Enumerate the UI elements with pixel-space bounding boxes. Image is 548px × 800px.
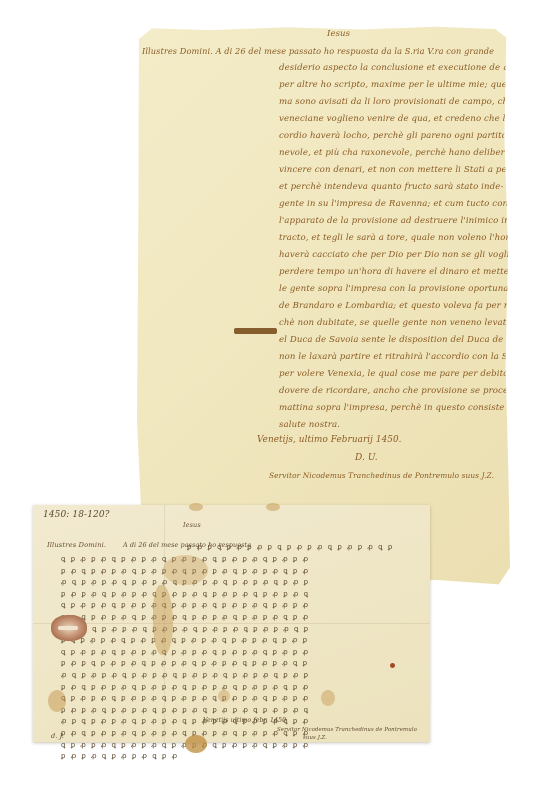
- upper-line: Illustres Domini. A di 26 del mese passa…: [142, 43, 494, 60]
- upper-line: gente in su l'impresa de Ravenna; et cum…: [279, 196, 508, 213]
- upper-line: cordio haverà locho, perchè gli pareno o…: [279, 128, 536, 145]
- upper-line: dovere de ricordare, ancho che provision…: [279, 383, 533, 400]
- cipher-line: ꝑ ꝓ ꝑ ꝗ ꝑ ꝓ ꝑ ꝓ ꝗ ꝑ ꝓ ꝑ ꝓ ꝗ ꝑ ꝓ ꝑ ꝓ ꝗ ꝑ …: [61, 657, 308, 669]
- cipher-line: ꝑ ꝓ ꝑ ꝗ ꝑ ꝓ ꝑ ꝓ ꝑ ꝗ ꝑ ꝓ ꝑ ꝓ ꝗ ꝑ ꝓ ꝑ ꝓ ꝗ …: [187, 541, 393, 553]
- lower-letter-sheet: 1450: 18-120? Iesus Illustres Domini. A …: [33, 505, 430, 742]
- upper-line: chè non dubitate, se quelle gente non ve…: [279, 315, 526, 332]
- stain-spot: [48, 690, 66, 712]
- upper-line: desiderio aspecto la conclusione et exec…: [279, 60, 546, 77]
- cipher-line: ꝓ ꝗ ꝑ ꝓ ꝑ ꝓ ꝗ ꝑ ꝓ ꝑ ꝓ ꝗ ꝑ ꝓ ꝑ ꝓ ꝗ ꝑ ꝓ ꝑ …: [61, 669, 309, 681]
- lower-signature-line1: Servitor Nicodemus Tranchedinus de Pontr…: [277, 727, 417, 733]
- lower-bottom-left-note: d. J.: [51, 732, 64, 740]
- cipher-line: ꝑ ꝓ ꝑ ꝓ ꝗ ꝑ ꝓ ꝑ ꝓ ꝗ ꝑ ꝓ: [61, 750, 178, 762]
- lower-date-line: Venetijs ultimo febr. 1450: [203, 717, 286, 724]
- upper-date-line: Venetijs, ultimo Februarij 1450.: [257, 435, 402, 445]
- upper-line: le gente sopra l'impresa con la provisio…: [279, 281, 509, 298]
- upper-line: per volere Venexia, le qual cose me pare…: [279, 366, 528, 383]
- upper-signature-abbrev: D. U.: [355, 453, 378, 463]
- redacted-margin-note: [234, 328, 277, 334]
- upper-line: mattina sopra l'impresa, perchè in quest…: [279, 400, 515, 417]
- upper-line: haverà cacciato che per Dio per Dio non …: [279, 247, 515, 264]
- cipher-line: ꝑ ꝓ ꝗ ꝑ ꝓ ꝑ ꝓ ꝗ ꝑ ꝓ ꝑ ꝓ ꝗ ꝑ ꝓ ꝑ ꝓ ꝗ ꝑ ꝓ …: [61, 727, 309, 739]
- stain-red-dot: [390, 663, 395, 668]
- cipher-line: ꝗ ꝑ ꝓ ꝑ ꝓ ꝗ ꝑ ꝓ ꝑ ꝓ ꝗ ꝑ ꝓ ꝑ ꝓ ꝗ ꝑ ꝓ ꝑ ꝓ …: [61, 599, 309, 611]
- upper-signature: Servitor Nicodemus Tranchedinus de Pontr…: [269, 471, 494, 480]
- stain-spot: [185, 735, 207, 753]
- upper-line: perdere tempo un'hora di havere el dinar…: [279, 264, 518, 281]
- cipher-line: ꝑ ꝓ ꝗ ꝑ ꝓ ꝑ ꝓ ꝗ ꝑ ꝓ ꝑ ꝓ ꝗ ꝑ ꝓ ꝑ ꝓ ꝗ ꝑ ꝓ …: [61, 681, 309, 693]
- lower-heading: Iesus: [183, 521, 201, 529]
- stain-spot: [218, 690, 230, 702]
- upper-line: de Brandaro e Lombardia; et questo volev…: [279, 298, 538, 315]
- lower-salutation: Illustres Domini.: [47, 541, 106, 549]
- stain-large-arm: [163, 555, 208, 585]
- upper-line: nevole, et più cha raxonevole, perchè ha…: [279, 145, 519, 162]
- stain-spot: [321, 690, 335, 706]
- upper-line: per altre ho scripto, maxime per le ulti…: [279, 77, 548, 94]
- upper-line: vincere con denari, et non con mettere l…: [279, 162, 535, 179]
- upper-line: el Duca de Savoia sente le disposition d…: [279, 332, 539, 349]
- upper-line: salute nostra.: [279, 417, 340, 434]
- upper-heading: Iesus: [327, 29, 350, 39]
- upper-line: l'apparato de la provisione ad destruere…: [279, 213, 529, 230]
- lower-signature-line2: suus J.Z.: [303, 735, 327, 741]
- archive-reference: 1450: 18-120?: [43, 510, 110, 520]
- upper-line: non le laxarà partire et ritrahirà l'acc…: [279, 349, 523, 366]
- cipher-line: ꝗ ꝑ ꝓ ꝑ ꝓ ꝗ ꝑ ꝓ ꝑ ꝓ ꝗ ꝑ ꝓ ꝑ ꝓ ꝗ ꝑ ꝓ ꝑ ꝓ …: [61, 646, 309, 658]
- upper-line: veneciane voglieno venire de qua, et cre…: [279, 111, 521, 128]
- stain-spot: [189, 503, 203, 511]
- cipher-line: ꝗ ꝑ ꝓ ꝑ ꝓ ꝗ ꝑ ꝓ ꝑ ꝓ ꝗ ꝑ ꝓ ꝑ ꝓ ꝗ ꝑ ꝓ ꝑ ꝓ …: [61, 692, 309, 704]
- upper-line: tracto, et tegli le sarà a tore, quale n…: [279, 230, 531, 247]
- upper-line: ma sono avisati da li loro provisionati …: [279, 94, 548, 111]
- upper-line: et perchè intendeva quanto fructo sarà s…: [279, 179, 503, 196]
- cipher-line: ꝑ ꝓ ꝑ ꝓ ꝗ ꝑ ꝓ ꝑ ꝓ ꝗ ꝑ ꝓ ꝑ ꝓ ꝗ ꝑ ꝓ ꝑ ꝓ ꝗ …: [61, 588, 309, 600]
- cipher-line: ꝓ ꝑ ꝓ ꝗ ꝑ ꝓ ꝑ ꝓ ꝗ ꝑ ꝓ ꝑ ꝓ ꝗ ꝑ ꝓ ꝑ ꝓ ꝗ ꝑ …: [61, 623, 309, 635]
- cipher-line: ꝑ ꝗ ꝑ ꝓ ꝑ ꝓ ꝗ ꝑ ꝓ ꝑ ꝓ ꝗ ꝑ ꝓ ꝑ ꝓ ꝗ ꝑ ꝓ ꝑ …: [61, 634, 308, 646]
- cipher-line: ꝑ ꝓ ꝗ ꝑ ꝓ ꝑ ꝓ ꝗ ꝑ ꝓ ꝑ ꝓ ꝗ ꝑ ꝓ ꝑ ꝓ ꝗ ꝑ ꝓ …: [61, 611, 309, 623]
- cipher-line: ꝑ ꝓ ꝑ ꝓ ꝗ ꝑ ꝓ ꝑ ꝓ ꝗ ꝑ ꝓ ꝑ ꝓ ꝗ ꝑ ꝓ ꝑ ꝓ ꝗ …: [61, 704, 309, 716]
- stain-spot: [266, 503, 280, 511]
- seal-slit: [58, 626, 78, 630]
